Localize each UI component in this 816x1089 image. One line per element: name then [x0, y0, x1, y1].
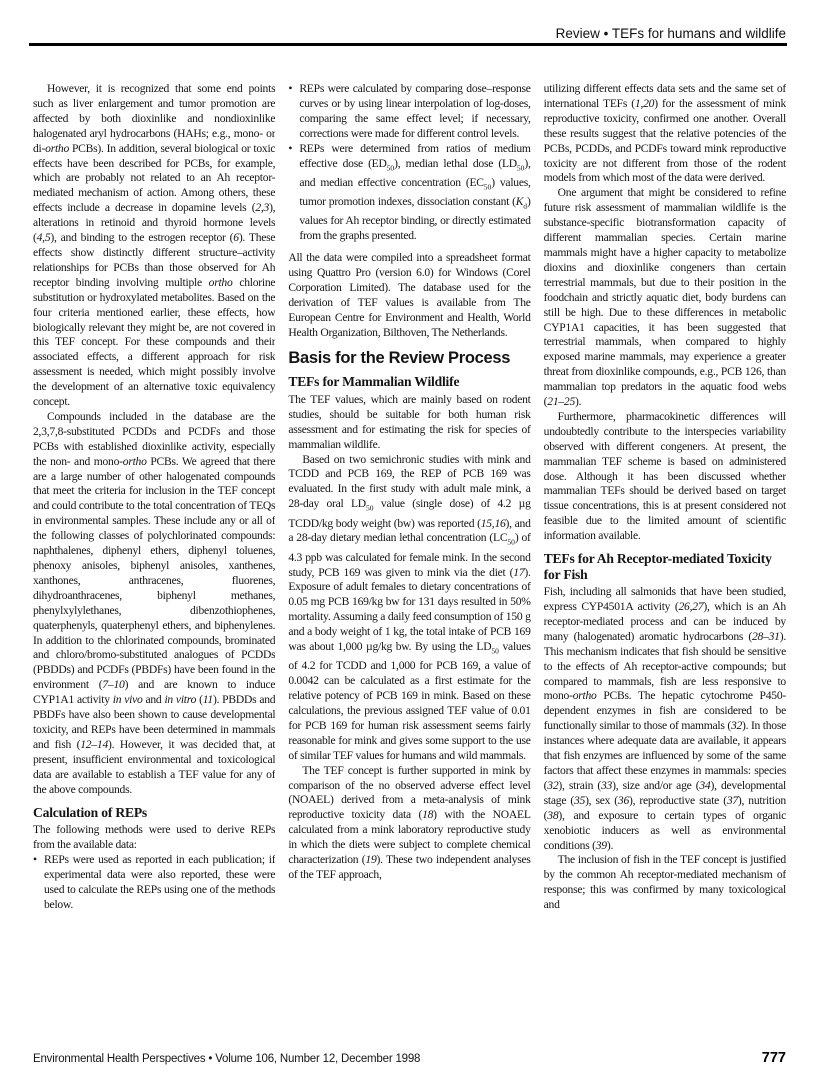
paragraph: All the data were compiled into a spread…	[288, 251, 530, 340]
subsection-heading-tefs-ah-receptor-fish: TEFs for Ah Receptor-mediated Toxicity f…	[544, 551, 786, 582]
bullet-text: REPs were determined from ratios of medi…	[299, 142, 530, 244]
bullet-marker: •	[288, 142, 299, 244]
paragraph: However, it is recognized that some end …	[33, 82, 275, 410]
paragraph: Compounds included in the database are t…	[33, 410, 275, 798]
bullet-text: REPs were used as reported in each publi…	[44, 853, 275, 913]
bullet-item: • REPs were used as reported in each pub…	[33, 853, 275, 913]
paragraph: The following methods were used to deriv…	[33, 823, 275, 853]
running-head: Review • TEFs for humans and wildlife	[556, 26, 786, 41]
column-1: However, it is recognized that some end …	[33, 82, 275, 1030]
paragraph: The TEF values, which are mainly based o…	[288, 393, 530, 453]
header-rule	[29, 43, 787, 46]
paragraph: The inclusion of fish in the TEF concept…	[544, 853, 786, 913]
paragraph: Fish, including all salmonids that have …	[544, 585, 786, 853]
bullet-item: • REPs were determined from ratios of me…	[288, 142, 530, 244]
section-heading-basis-for-review: Basis for the Review Process	[288, 349, 530, 367]
article-body: However, it is recognized that some end …	[33, 82, 786, 1030]
paragraph: One argument that might be considered to…	[544, 186, 786, 410]
paragraph: Furthermore, pharmacokinetic differences…	[544, 410, 786, 544]
page-footer: Environmental Health Perspectives • Volu…	[33, 1050, 786, 1066]
journal-volume-line: Environmental Health Perspectives • Volu…	[33, 1053, 420, 1065]
bullet-item: • REPs were calculated by comparing dose…	[288, 82, 530, 142]
journal-page: Review • TEFs for humans and wildlife Ho…	[0, 0, 816, 1089]
paragraph: The TEF concept is further supported in …	[288, 764, 530, 883]
bullet-text: REPs were calculated by comparing dose–r…	[299, 82, 530, 142]
subsection-heading-tefs-mammalian-wildlife: TEFs for Mammalian Wildlife	[288, 374, 530, 390]
bullet-marker: •	[288, 82, 299, 142]
bullet-marker: •	[33, 853, 44, 913]
paragraph: utilizing different effects data sets an…	[544, 82, 786, 186]
page-number: 777	[762, 1050, 786, 1066]
column-2: • REPs were calculated by comparing dose…	[288, 82, 530, 1030]
paragraph: Based on two semichronic studies with mi…	[288, 453, 530, 764]
column-3: utilizing different effects data sets an…	[544, 82, 786, 1030]
subsection-heading-calculation-of-reps: Calculation of REPs	[33, 805, 275, 821]
